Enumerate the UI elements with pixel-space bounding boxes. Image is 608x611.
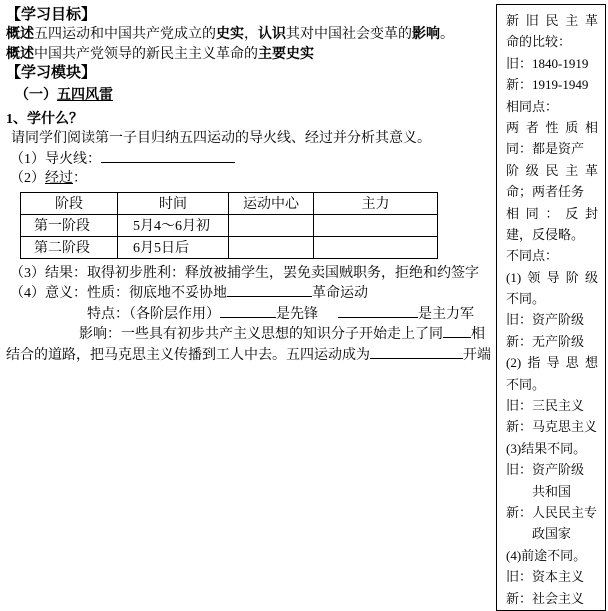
text-run: 影响 [412, 27, 440, 42]
sidebar-line: 旧：1840-1919 [506, 53, 598, 74]
sidebar-line: 新：无产阶级 [506, 331, 598, 352]
text-run: 影响：一些具有初步共产主义思想的知识分子开始走上了同 [79, 327, 443, 342]
table-header-row: 阶段时间运动中心主力 [21, 192, 438, 214]
sidebar-line: 相同：反封 [506, 203, 598, 224]
spacer [318, 317, 338, 318]
text-run: 五四运动和中国共产党成立的 [34, 27, 216, 42]
table-row: 第一阶段5月4～6月初 [21, 214, 438, 236]
fuse-line: （1）导火线： [6, 149, 494, 170]
goal-line-1: 概述五四运动和中国共产党成立的史实，认识其对中国社会变革的影响。 [6, 25, 494, 45]
text-run: 概述 [6, 47, 34, 62]
text-run: 其对中国社会变革的 [286, 27, 412, 42]
sidebar-line: 相同点： [506, 96, 598, 117]
text-run: （3）结果：取得初步胜利：释放被捕学生，罢免卖国贼职务，拒绝和约签字 [10, 266, 479, 281]
text-run: 中国共产党领导的新民主主义革命的 [34, 47, 258, 62]
sidebar-line: 新：1919-1949 [506, 74, 598, 95]
answer-blank [101, 149, 235, 163]
table-header-cell: 时间 [118, 192, 229, 214]
text-run: 革命运动 [312, 286, 368, 301]
sidebar-line: 不同点： [506, 245, 598, 266]
answer-blank [338, 304, 418, 318]
table-row: 第二阶段6月5日后 [21, 236, 438, 258]
modules-header: 【学习模块】 [6, 64, 494, 83]
process-line: （2）经过： [6, 169, 494, 189]
meaning-line: （4）意义：性质：彻底地不妥协地革命运动 [6, 283, 494, 304]
text-run: （2） [10, 171, 45, 186]
text-run: 结合的道路，把马克思主义传播到工人中去。五四运动成为 [6, 348, 370, 363]
sidebar-line: 政国家 [506, 523, 598, 544]
text-run: 是主力军 [418, 307, 474, 322]
text-run: ： [73, 171, 87, 186]
comparison-sidebar: 新旧民主革命的比较：旧：1840-1919新：1919-1949相同点：两者性质… [496, 4, 606, 611]
sidebar-line: 命；两者任务 [506, 181, 598, 202]
text-run: （4）意义：性质：彻底地不妥协地 [10, 286, 227, 301]
table-cell [314, 214, 438, 236]
text-run: （一） [15, 88, 57, 103]
question-header: 1、学什么？ [6, 110, 494, 130]
text-run: 主要史实 [258, 47, 314, 62]
sidebar-line: 不同。 [506, 288, 598, 309]
text-run: 史实 [216, 27, 244, 42]
sidebar-line: 新：人民民主专 [506, 502, 598, 523]
process-table: 阶段时间运动中心主力 第一阶段5月4～6月初第二阶段6月5日后 [20, 192, 438, 259]
table-cell [229, 236, 314, 258]
goal-line-2: 概述中国共产党领导的新民主主义革命的主要史实 [6, 45, 494, 65]
goals-header: 【学习目标】 [6, 6, 494, 25]
sidebar-line: (3)结果不同。 [506, 438, 598, 459]
answer-blank [227, 283, 312, 297]
sidebar-line: 新：马克思主义 [506, 416, 598, 437]
text-run: 认识 [258, 27, 286, 42]
table-header-cell: 运动中心 [229, 192, 314, 214]
section-title: （一）五四风雷 [6, 86, 494, 106]
text-run: ， [244, 27, 258, 42]
answer-blank [220, 304, 276, 318]
sidebar-line: 旧：资产阶级 [506, 459, 598, 480]
table-cell: 第二阶段 [21, 236, 118, 258]
table-cell [229, 214, 314, 236]
table-cell [314, 236, 438, 258]
text-run: 。 [440, 27, 454, 42]
table-cell: 6月5日后 [118, 236, 229, 258]
feature-line: 特点：（各阶层作用）是先锋是主力军 [6, 304, 494, 325]
sidebar-line: (2)指导思想 [506, 352, 598, 373]
worksheet-page: 【学习目标】 概述五四运动和中国共产党成立的史实，认识其对中国社会变革的影响。 … [0, 0, 608, 611]
sidebar-line: 两者性质相 [506, 117, 598, 138]
text-run: 特点：（各阶层作用） [87, 307, 220, 322]
table-cell: 第一阶段 [21, 214, 118, 236]
table-header-cell: 阶段 [21, 192, 118, 214]
table-header-cell: 主力 [314, 192, 438, 214]
intro-text: 请同学们阅读第一子目归纳五四运动的导火线、经过并分析其意义。 [6, 129, 494, 149]
table-cell: 5月4～6月初 [118, 214, 229, 236]
sidebar-line: 不同。 [506, 374, 598, 395]
text-run: 经过 [45, 171, 73, 186]
sidebar-line: (1)领导阶级 [506, 267, 598, 288]
influence-cont-line: 结合的道路，把马克思主义传播到工人中去。五四运动成为开端 [6, 345, 494, 366]
sidebar-line: 建，反侵略。 [506, 224, 598, 245]
sidebar-line: 旧：三民主义 [506, 395, 598, 416]
worksheet-main-column: 【学习目标】 概述五四运动和中国共产党成立的史实，认识其对中国社会变革的影响。 … [0, 0, 494, 365]
sidebar-line: (4)前途不同。 [506, 545, 598, 566]
text-run: 五四风雷 [57, 88, 113, 103]
influence-line: 影响：一些具有初步共产主义思想的知识分子开始走上了同相 [6, 324, 494, 345]
text-run: 概述 [6, 27, 34, 42]
sidebar-line: 阶级民主革 [506, 160, 598, 181]
text-run: （1）导火线： [10, 152, 101, 167]
text-run: 相 [471, 327, 485, 342]
sidebar-line: 同：都是资产 [506, 138, 598, 159]
sidebar-line: 共和国 [506, 481, 598, 502]
text-run: 开端 [463, 348, 491, 363]
sidebar-line: 新：社会主义 [506, 588, 598, 609]
sidebar-line: 旧：资产阶级 [506, 309, 598, 330]
answer-blank [443, 324, 471, 338]
sidebar-line: 新旧民主革 [506, 10, 598, 31]
text-run: 是先锋 [276, 307, 318, 322]
sidebar-line: 命的比较： [506, 31, 598, 52]
sidebar-line: 旧：资本主义 [506, 566, 598, 587]
result-line: （3）结果：取得初步胜利：释放被捕学生，罢免卖国贼职务，拒绝和约签字 [6, 264, 494, 284]
answer-blank [370, 345, 463, 359]
